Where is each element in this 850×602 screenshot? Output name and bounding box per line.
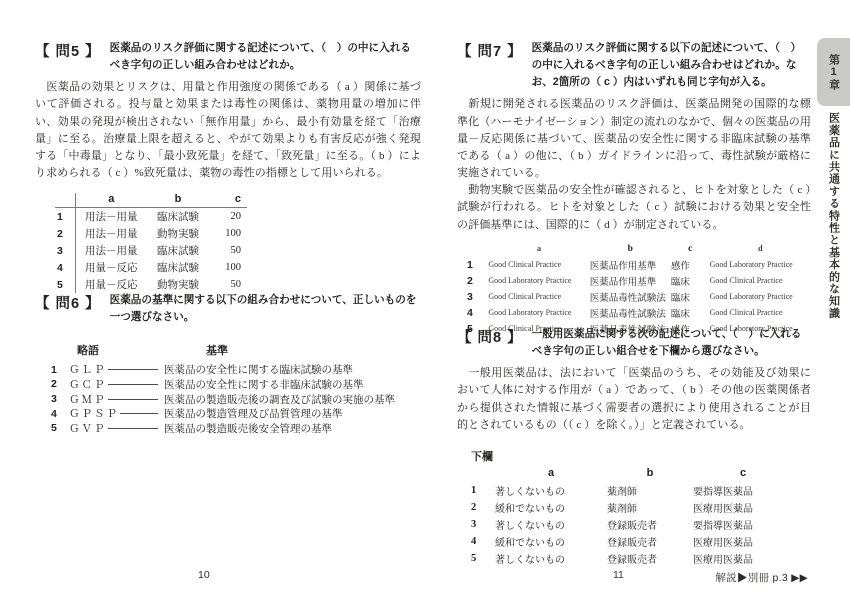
match-list-headers: 略語 基準	[35, 342, 421, 358]
lower-column-label: 下欄	[471, 448, 811, 464]
cell-c: 臨床	[671, 273, 710, 289]
cell-b: 登録販売者	[607, 550, 693, 567]
choice-number: 4	[55, 259, 75, 276]
cell-a: 用法－用量	[75, 242, 147, 259]
cell-c: 要指導医薬品	[693, 482, 793, 499]
leader-line	[108, 369, 159, 370]
cell-c: 100	[209, 225, 247, 242]
cell-b: 臨床試験	[147, 208, 209, 226]
answer-choices-table: a b c 1 著しくないもの 薬剤師 要指導医薬品 2 緩和でないもの 薬剤師…	[471, 467, 793, 567]
abbreviation-wrap: ＧＭＰ	[69, 392, 161, 407]
column-header: b	[607, 467, 693, 482]
choice-number: 2	[471, 499, 495, 516]
choice-number: 4	[471, 533, 495, 550]
cell-b: 薬剤師	[607, 499, 693, 516]
table-row: 4 Good Laboratory Practice 医薬品毒性試験法 臨床 G…	[467, 305, 811, 321]
choice-number: 1	[51, 364, 65, 376]
table-row: 1 著しくないもの 薬剤師 要指導医薬品	[471, 482, 793, 499]
choice-number: 2	[55, 225, 75, 242]
abbreviation: ＧＶＰ	[69, 421, 107, 436]
table-row: 2 用法－用量 動物実験 100	[55, 225, 247, 242]
question-heading: 一般用医薬品に関する次の記述について、（ ）に入れるべき字句の正しい組合せを下欄…	[532, 326, 811, 360]
cell-a: 用量－反応	[75, 259, 147, 276]
table-row: 5 著しくないもの 登録販売者 医療用医薬品	[471, 550, 793, 567]
cell-d: Good Laboratory Practice	[710, 289, 811, 305]
cell-d: Good Clinical Practice	[710, 273, 811, 289]
cell-b: 医薬品作用基準	[590, 257, 671, 273]
cell-a: 用量－反応	[75, 276, 147, 293]
abbreviation-wrap: ＧＬＰ	[69, 362, 161, 377]
table-row: 5 用量－反応 動物実験 50	[55, 276, 247, 293]
corner-cell	[467, 244, 488, 257]
question-body: 一般用医薬品は、法において「医薬品のうち、その効能及び効果において人体に対する作…	[457, 365, 811, 434]
standard-description: 医薬品の製造管理及び品質管理の基準	[164, 406, 343, 421]
leader-line	[108, 399, 159, 400]
choice-number: 1	[471, 482, 495, 499]
choice-number: 3	[467, 289, 488, 305]
cell-a: 用法－用量	[75, 208, 147, 226]
cell-b: 臨床試験	[147, 259, 209, 276]
question-label: 【 問8 】	[457, 326, 523, 347]
cell-b: 医薬品作用基準	[590, 273, 671, 289]
column-header: a	[75, 193, 147, 208]
question-label: 【 問6 】	[35, 292, 101, 313]
cell-b: 薬剤師	[607, 482, 693, 499]
question-8-header: 【 問8 】 一般用医薬品に関する次の記述について、（ ）に入れるべき字句の正し…	[457, 326, 811, 360]
cell-b: 動物実験	[147, 225, 209, 242]
choice-number: 4	[467, 305, 488, 321]
cell-a: 著しくないもの	[495, 516, 607, 533]
cell-c: 医療用医薬品	[693, 550, 793, 567]
choice-number: 1	[55, 208, 75, 226]
match-list: 1 ＧＬＰ 医薬品の安全性に関する臨床試験の基準 2 ＧＣＰ 医薬品の安全性に関…	[35, 362, 421, 435]
column-header: c	[671, 244, 710, 257]
answer-reference-link: 解説▶別冊 p.3 ▶▶	[688, 570, 808, 585]
cell-a: Good Clinical Practice	[488, 257, 589, 273]
abbreviation: ＧＣＰ	[69, 377, 107, 392]
cell-b: 動物実験	[147, 276, 209, 293]
option-row: 5 ＧＶＰ 医薬品の製造販売後安全管理の基準	[51, 421, 421, 436]
question-7-header: 【 問7 】 医薬品のリスク評価に関する以下の記述について、（ ）の中に入れるべ…	[457, 40, 811, 91]
chapter-title-text: 医薬品に共通する特性と基本的な知識	[826, 112, 842, 319]
choice-number: 3	[471, 516, 495, 533]
table-row: 3 著しくないもの 登録販売者 要指導医薬品	[471, 516, 793, 533]
leader-line	[108, 428, 159, 429]
cell-a: 緩和でないもの	[495, 499, 607, 516]
standard-description: 医薬品の安全性に関する非臨床試験の基準	[164, 377, 364, 392]
column-header: 基準	[206, 342, 228, 358]
question-label: 【 問5 】	[35, 40, 101, 61]
choice-number: 5	[51, 422, 65, 434]
column-header: b	[590, 244, 671, 257]
option-row: 2 ＧＣＰ 医薬品の安全性に関する非臨床試験の基準	[51, 377, 421, 392]
question-6-header: 【 問6 】 医薬品の基準に関する以下の組み合わせについて、正しいものを一つ選び…	[35, 292, 421, 326]
table-row: 2 Good Laboratory Practice 医薬品作用基準 臨床 Go…	[467, 273, 811, 289]
left-page-number: 10	[198, 569, 210, 581]
choice-number: 1	[467, 257, 488, 273]
corner-cell	[55, 193, 75, 208]
abbreviation-wrap: ＧＣＰ	[69, 377, 161, 392]
corner-cell	[471, 467, 495, 482]
table-row: 1 用法－用量 臨床試験 20	[55, 208, 247, 226]
cell-a: Good Clinical Practice	[488, 289, 589, 305]
question-body-paragraph: 動物実験で医薬品の安全性が確認されると、ヒトを対象とした（ c ）試験が行われる…	[457, 182, 811, 233]
standard-description: 医薬品の製造販売後安全管理の基準	[164, 421, 332, 436]
cell-a: 用法－用量	[75, 225, 147, 242]
question-8: 【 問8 】 一般用医薬品に関する次の記述について、（ ）に入れるべき字句の正し…	[457, 326, 811, 567]
chapter-title: 医薬品に共通する特性と基本的な知識	[817, 112, 850, 319]
cell-c: 感作	[671, 257, 710, 273]
question-6: 【 問6 】 医薬品の基準に関する以下の組み合わせについて、正しいものを一つ選び…	[35, 292, 421, 436]
cell-a: 著しくないもの	[495, 482, 607, 499]
cell-c: 臨床	[671, 289, 710, 305]
cell-c: 臨床	[671, 305, 710, 321]
column-header: c	[693, 467, 793, 482]
column-header: a	[488, 244, 589, 257]
standard-description: 医薬品の安全性に関する臨床試験の基準	[164, 362, 353, 377]
choice-number: 3	[55, 242, 75, 259]
abbreviation: ＧＭＰ	[69, 392, 107, 407]
abbreviation: ＧＰＳＰ	[69, 406, 119, 421]
choice-number: 5	[55, 276, 75, 293]
table-header-row: a b c	[55, 193, 247, 208]
cell-a: 著しくないもの	[495, 550, 607, 567]
table-row: 3 用法－用量 臨床試験 50	[55, 242, 247, 259]
cell-a: Good Laboratory Practice	[488, 273, 589, 289]
cell-a: Good Laboratory Practice	[488, 305, 589, 321]
column-header: c	[209, 193, 247, 208]
question-body: 医薬品の効果とリスクは、用量と作用強度の関係である（ a ）関係に基づいて評価さ…	[35, 79, 421, 182]
abbreviation-wrap: ＧＶＰ	[69, 421, 161, 436]
cell-b: 医薬品毒性試験法	[590, 289, 671, 305]
table-header-row: a b c d	[467, 244, 811, 257]
abbreviation: ＧＬＰ	[69, 362, 107, 377]
cell-a: 緩和でないもの	[495, 533, 607, 550]
question-heading: 医薬品のリスク評価に関する以下の記述について、（ ）の中に入れるべき字句の正しい…	[532, 40, 811, 91]
table-header-row: a b c	[471, 467, 793, 482]
column-header: 略語	[77, 342, 99, 358]
question-5: 【 問5 】 医薬品のリスク評価に関する記述について、（ ）の中に入れるべき字句…	[35, 40, 421, 293]
column-header: a	[495, 467, 607, 482]
table-row: 3 Good Clinical Practice 医薬品毒性試験法 臨床 Goo…	[467, 289, 811, 305]
cell-d: Good Clinical Practice	[710, 305, 811, 321]
table-row: 4 緩和でないもの 登録販売者 医療用医薬品	[471, 533, 793, 550]
chapter-tab: 第1章	[817, 38, 850, 106]
cell-c: 医療用医薬品	[693, 533, 793, 550]
option-row: 4 ＧＰＳＰ 医薬品の製造管理及び品質管理の基準	[51, 406, 421, 421]
cell-c: 医療用医薬品	[693, 499, 793, 516]
table-row: 2 緩和でないもの 薬剤師 医療用医薬品	[471, 499, 793, 516]
option-row: 3 ＧＭＰ 医薬品の製造販売後の調査及び試験の実施の基準	[51, 392, 421, 407]
choice-number: 2	[467, 273, 488, 289]
cell-c: 50	[209, 242, 247, 259]
cell-b: 医薬品毒性試験法	[590, 305, 671, 321]
abbreviation-wrap: ＧＰＳＰ	[69, 406, 161, 421]
question-heading: 医薬品の基準に関する以下の組み合わせについて、正しいものを一つ選びなさい。	[110, 292, 421, 326]
cell-c: 100	[209, 259, 247, 276]
cell-c: 50	[209, 276, 247, 293]
right-page-number: 11	[613, 569, 624, 581]
question-label: 【 問7 】	[457, 40, 523, 61]
cell-b: 登録販売者	[607, 533, 693, 550]
question-7: 【 問7 】 医薬品のリスク評価に関する以下の記述について、（ ）の中に入れるべ…	[457, 40, 811, 337]
answer-choices-table: a b c 1 用法－用量 臨床試験 20 2 用法－用量 動物実験 100	[55, 193, 247, 293]
choice-number: 5	[471, 550, 495, 567]
choice-number: 4	[51, 408, 65, 420]
table-row: 1 Good Clinical Practice 医薬品作用基準 感作 Good…	[467, 257, 811, 273]
cell-c: 要指導医薬品	[693, 516, 793, 533]
question-5-header: 【 問5 】 医薬品のリスク評価に関する記述について、（ ）の中に入れるべき字句…	[35, 40, 421, 74]
question-heading: 医薬品のリスク評価に関する記述について、（ ）の中に入れるべき字句の正しい組み合…	[110, 40, 421, 74]
column-header: b	[147, 193, 209, 208]
option-row: 1 ＧＬＰ 医薬品の安全性に関する臨床試験の基準	[51, 362, 421, 377]
choice-number: 3	[51, 393, 65, 405]
cell-d: Good Laboratory Practice	[710, 257, 811, 273]
cell-b: 登録販売者	[607, 516, 693, 533]
leader-line	[120, 413, 158, 414]
cell-c: 20	[209, 208, 247, 226]
choice-number: 2	[51, 378, 65, 390]
column-header: d	[710, 244, 811, 257]
table-row: 4 用量－反応 臨床試験 100	[55, 259, 247, 276]
question-body-paragraph: 新規に開発される医薬品のリスク評価は、医薬品開発の国際的な標準化（ハーモナイゼー…	[457, 96, 811, 182]
leader-line	[108, 384, 159, 385]
chapter-tab-label: 第1章	[826, 54, 842, 91]
answer-choices-table: a b c d 1 Good Clinical Practice 医薬品作用基準…	[467, 244, 811, 337]
standard-description: 医薬品の製造販売後の調査及び試験の実施の基準	[164, 392, 395, 407]
cell-b: 臨床試験	[147, 242, 209, 259]
